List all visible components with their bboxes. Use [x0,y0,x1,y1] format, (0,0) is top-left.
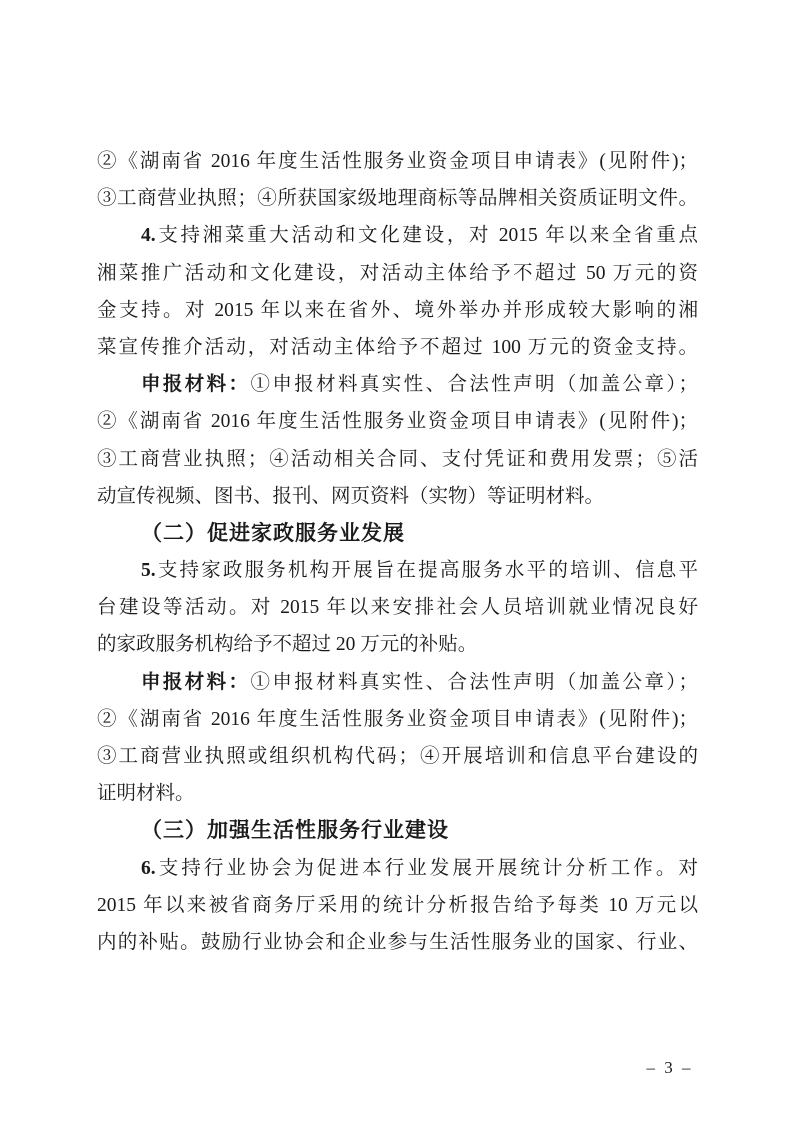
text-line: 6.支持行业协会为促进本行业发展开展统计分析工作。对 [97,850,698,887]
text-line: ③工商营业执照；④活动相关合同、支付凭证和费用发票；⑤活 [97,441,698,478]
document-page: ②《湖南省 2016 年度生活性服务业资金项目申请表》(见附件)；③工商营业执照… [0,0,794,1123]
text-run: ③工商营业执照；④所获国家级地理商标等品牌相关资质证明文件。 [97,188,698,209]
text-line: ③工商营业执照；④所获国家级地理商标等品牌相关资质证明文件。 [97,180,698,217]
text-run: 的家政服务机构给予不超过 20 万元的补贴。 [97,634,477,655]
text-line: 4.支持湘菜重大活动和文化建设，对 2015 年以来全省重点 [97,217,698,254]
text-run: ②《湖南省 2016 年度生活性服务业资金项目申请表》(见附件)； [97,151,698,172]
bold-text-run: 5. [141,560,156,581]
section-heading: （三）加强生活性服务行业建设 [97,812,698,849]
text-run: 金支持。对 2015 年以来在省外、境外举办并形成较大影响的湘 [97,300,698,321]
text-run: 证明材料。 [97,783,195,804]
text-line: 动宣传视频、图书、报刊、网页资料（实物）等证明材料。 [97,478,698,515]
text-line: 2015 年以来被省商务厅采用的统计分析报告给予每类 10 万元以 [97,887,698,924]
text-run: 2015 年以来被省商务厅采用的统计分析报告给予每类 10 万元以 [97,895,698,916]
text-run: 菜宣传推介活动，对活动主体给予不超过 100 万元的资金支持。 [97,337,698,358]
text-line: ②《湖南省 2016 年度生活性服务业资金项目申请表》(见附件)； [97,143,698,180]
text-line: 证明材料。 [97,775,698,812]
text-line: ②《湖南省 2016 年度生活性服务业资金项目申请表》(见附件)； [97,701,698,738]
text-run: ③工商营业执照或组织机构代码；④开展培训和信息平台建设的 [97,746,698,767]
text-run: ②《湖南省 2016 年度生活性服务业资金项目申请表》(见附件)； [97,709,698,730]
text-line: ③工商营业执照或组织机构代码；④开展培训和信息平台建设的 [97,738,698,775]
section-heading: （二）促进家政服务业发展 [97,515,698,552]
text-run: 支持家政服务机构开展旨在提高服务水平的培训、信息平 [156,560,698,581]
text-line: 金支持。对 2015 年以来在省外、境外举办并形成较大影响的湘 [97,292,698,329]
text-run: 湘菜推广活动和文化建设，对活动主体给予不超过 50 万元的资 [97,263,698,284]
text-run: 支持湘菜重大活动和文化建设，对 2015 年以来全省重点 [156,225,698,246]
text-run: 台建设等活动。对 2015 年以来安排社会人员培训就业情况良好 [97,597,698,618]
text-line: 菜宣传推介活动，对活动主体给予不超过 100 万元的资金支持。 [97,329,698,366]
bold-text-run: （三）加强生活性服务行业建设 [141,819,449,842]
bold-text-run: 申报材料： [141,672,250,693]
text-line: 申报材料：①申报材料真实性、合法性声明（加盖公章）； [97,664,698,701]
text-line: 台建设等活动。对 2015 年以来安排社会人员培训就业情况良好 [97,589,698,626]
text-line: 内的补贴。鼓励行业协会和企业参与生活性服务业的国家、行业、 [97,924,698,961]
page-number: – 3 – [647,1057,694,1079]
text-line: 湘菜推广活动和文化建设，对活动主体给予不超过 50 万元的资 [97,255,698,292]
text-run: ③工商营业执照；④活动相关合同、支付凭证和费用发票；⑤活 [97,449,698,470]
text-line: 5.支持家政服务机构开展旨在提高服务水平的培训、信息平 [97,552,698,589]
text-run: 内的补贴。鼓励行业协会和企业参与生活性服务业的国家、行业、 [97,932,698,953]
bold-text-run: 4. [141,225,156,246]
bold-text-run: 6. [141,858,156,879]
text-line: 的家政服务机构给予不超过 20 万元的补贴。 [97,626,698,663]
text-run: ①申报材料真实性、合法性声明（加盖公章）； [250,672,698,693]
text-line: 申报材料：①申报材料真实性、合法性声明（加盖公章）； [97,366,698,403]
bold-text-run: 申报材料： [141,374,250,395]
text-run: 支持行业协会为促进本行业发展开展统计分析工作。对 [156,858,698,879]
text-block: ②《湖南省 2016 年度生活性服务业资金项目申请表》(见附件)；③工商营业执照… [97,143,698,961]
bold-text-run: （二）促进家政服务业发展 [141,522,405,545]
text-run: ②《湖南省 2016 年度生活性服务业资金项目申请表》(见附件)； [97,411,698,432]
text-line: ②《湖南省 2016 年度生活性服务业资金项目申请表》(见附件)； [97,403,698,440]
text-run: ①申报材料真实性、合法性声明（加盖公章）； [250,374,698,395]
text-run: 动宣传视频、图书、报刊、网页资料（实物）等证明材料。 [97,486,604,507]
